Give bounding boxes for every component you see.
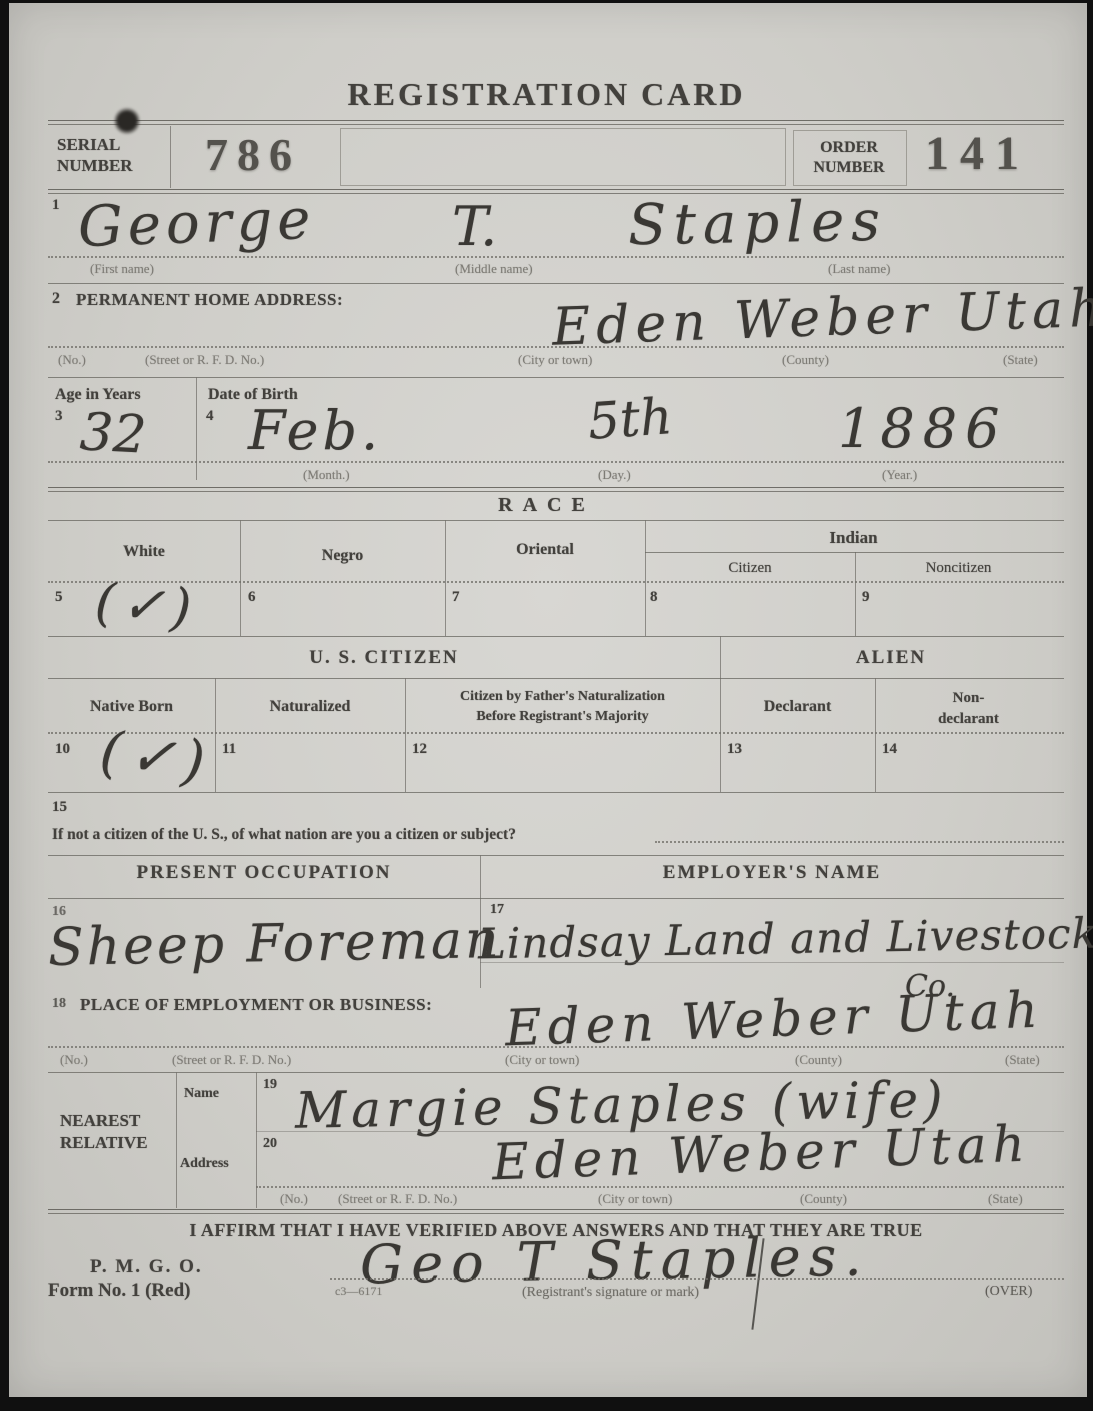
field-number-2: 2: [52, 290, 60, 308]
write-line: [48, 1046, 1064, 1048]
order-label-line2: NUMBER: [793, 158, 905, 178]
field-number-20: 20: [263, 1136, 277, 1152]
write-line: [256, 1186, 1064, 1188]
alien-header: ALIEN: [720, 647, 1062, 669]
last-name-value: Staples: [628, 194, 888, 255]
age-value: 32: [79, 406, 148, 461]
relative-address-label: Address: [180, 1156, 229, 1172]
divider: [176, 1072, 177, 1208]
birth-year-value: 1886: [838, 402, 1007, 456]
birth-month-value: Feb.: [248, 404, 382, 458]
write-line: [48, 461, 1064, 463]
race-header: RACE: [0, 494, 1093, 517]
box-number-12: 12: [412, 741, 427, 758]
employer-value: Lindsay Land and Livestock: [478, 913, 1093, 966]
divider: [48, 581, 1064, 583]
race-col-indian: Indian: [645, 528, 1062, 548]
race-col-white: White: [48, 543, 240, 561]
field-number-4: 4: [206, 408, 214, 425]
box-number-5: 5: [55, 589, 63, 606]
divider: [645, 552, 1064, 553]
race-white-checkmark: (✓): [93, 577, 199, 636]
col-declarant: Declarant: [720, 698, 875, 716]
rel-caption-city: (City or town): [598, 1191, 672, 1207]
divider: [48, 487, 1064, 492]
write-line: [48, 346, 1064, 348]
box-number-11: 11: [222, 741, 236, 758]
age-header: Age in Years: [55, 386, 141, 404]
form-number-label: Form No. 1 (Red): [48, 1280, 190, 1302]
middle-name-value: T.: [452, 200, 497, 254]
col-father-line1: Citizen by Father's Naturalization: [405, 687, 720, 707]
emp-caption-city: (City or town): [505, 1052, 579, 1068]
addr-caption-city: (City or town): [518, 352, 592, 368]
box-number-13: 13: [727, 741, 742, 758]
divider: [48, 520, 1064, 521]
field-number-18: 18: [52, 996, 66, 1012]
col-nondeclarant-line1: Non-: [875, 688, 1062, 709]
order-label-line1: ORDER: [793, 138, 905, 158]
addr-caption-county: (County): [782, 352, 829, 368]
box-number-9: 9: [862, 589, 870, 606]
emp-caption-no: (No.): [60, 1052, 88, 1068]
first-name-value: George: [77, 192, 316, 256]
signature-line: [330, 1278, 1064, 1280]
divider: [48, 678, 1064, 679]
pmgo-label: P. M. G. O.: [90, 1256, 203, 1278]
race-sub-citizen: Citizen: [645, 560, 855, 577]
emp-caption-street: (Street or R. F. D. No.): [172, 1052, 291, 1068]
divider: [48, 855, 1064, 856]
birth-day-value: 5th: [586, 391, 673, 447]
field-number-3: 3: [55, 408, 63, 425]
uscitizen-header: U. S. CITIZEN: [48, 647, 720, 669]
write-line: [655, 841, 1064, 843]
box-number-8: 8: [650, 589, 658, 606]
over-label: (OVER): [985, 1284, 1032, 1300]
day-caption: (Day.): [598, 467, 631, 483]
divider: [196, 377, 197, 480]
race-col-negro: Negro: [240, 547, 445, 565]
box-number-14: 14: [882, 741, 897, 758]
write-line: [48, 256, 1064, 258]
nearest-relative-header: NEAREST RELATIVE: [60, 1110, 148, 1154]
addr-caption-state: (State): [1003, 352, 1038, 368]
rel-caption-street: (Street or R. F. D. No.): [338, 1191, 457, 1207]
rel-caption-state: (State): [988, 1191, 1023, 1207]
registration-card-scan: REGISTRATION CARD SERIAL NUMBER 786 ORDE…: [0, 0, 1093, 1411]
employment-place-label: PLACE OF EMPLOYMENT OR BUSINESS:: [80, 995, 432, 1015]
field-number-15: 15: [52, 799, 67, 816]
first-name-caption: (First name): [90, 261, 154, 277]
month-caption: (Month.): [303, 467, 350, 483]
serial-number-value: 786: [205, 128, 301, 181]
middle-name-caption: (Middle name): [455, 261, 533, 277]
occupation-header: PRESENT OCCUPATION: [48, 862, 480, 884]
page-title: REGISTRATION CARD: [0, 76, 1093, 113]
citizenship-question: If not a citizen of the U. S., of what n…: [52, 826, 516, 844]
last-name-caption: (Last name): [828, 261, 890, 277]
print-code: c3—6171: [335, 1284, 382, 1299]
ink-blot-mark: [114, 106, 140, 136]
divider: [215, 678, 216, 792]
col-nondeclarant: Non- declarant: [875, 688, 1062, 730]
year-caption: (Year.): [882, 467, 917, 483]
race-col-oriental: Oriental: [445, 541, 645, 559]
divider: [48, 120, 1064, 125]
box-number-7: 7: [452, 589, 460, 606]
box-number-6: 6: [248, 589, 256, 606]
divider: [48, 283, 1064, 284]
col-father-naturalization: Citizen by Father's Naturalization Befor…: [405, 687, 720, 728]
divider: [48, 1209, 1064, 1214]
race-sub-noncitizen: Noncitizen: [855, 560, 1062, 577]
serial-label-line1: SERIAL: [57, 134, 133, 155]
serial-label-line2: NUMBER: [57, 155, 133, 176]
employer-header: EMPLOYER'S NAME: [480, 862, 1064, 884]
rel-caption-county: (County): [800, 1191, 847, 1207]
divider: [48, 636, 1064, 637]
home-address-label: PERMANENT HOME ADDRESS:: [76, 290, 343, 310]
divider: [170, 126, 171, 188]
col-native-born: Native Born: [48, 698, 215, 716]
relative-header-line1: NEAREST: [60, 1110, 148, 1132]
emp-caption-state: (State): [1005, 1052, 1040, 1068]
rel-caption-no: (No.): [280, 1191, 308, 1207]
divider: [48, 898, 1064, 899]
stamp-box: [340, 128, 786, 186]
native-born-checkmark: (✓): [97, 724, 214, 791]
col-father-line2: Before Registrant's Majority: [405, 707, 720, 727]
relative-header-line2: RELATIVE: [60, 1132, 148, 1154]
registrant-signature: Geo T Staples.: [360, 1230, 870, 1293]
serial-number-label: SERIAL NUMBER: [57, 134, 133, 177]
order-number-label: ORDER NUMBER: [793, 138, 905, 178]
col-nondeclarant-line2: declarant: [875, 709, 1062, 730]
relative-name-label: Name: [184, 1086, 219, 1102]
box-number-10: 10: [55, 741, 70, 758]
emp-caption-county: (County): [795, 1052, 842, 1068]
divider: [48, 792, 1064, 793]
order-number-value: 141: [925, 126, 1030, 181]
addr-caption-no: (No.): [58, 352, 86, 368]
occupation-value: Sheep Foreman: [48, 914, 502, 974]
addr-caption-street: (Street or R. F. D. No.): [145, 352, 264, 368]
divider: [445, 520, 446, 636]
divider: [48, 377, 1064, 378]
divider: [240, 520, 241, 636]
field-number-19: 19: [263, 1077, 277, 1093]
col-naturalized: Naturalized: [215, 698, 405, 716]
signature-caption: (Registrant's signature or mark): [522, 1285, 699, 1301]
field-number-1: 1: [52, 197, 60, 214]
write-line: [480, 962, 1064, 963]
